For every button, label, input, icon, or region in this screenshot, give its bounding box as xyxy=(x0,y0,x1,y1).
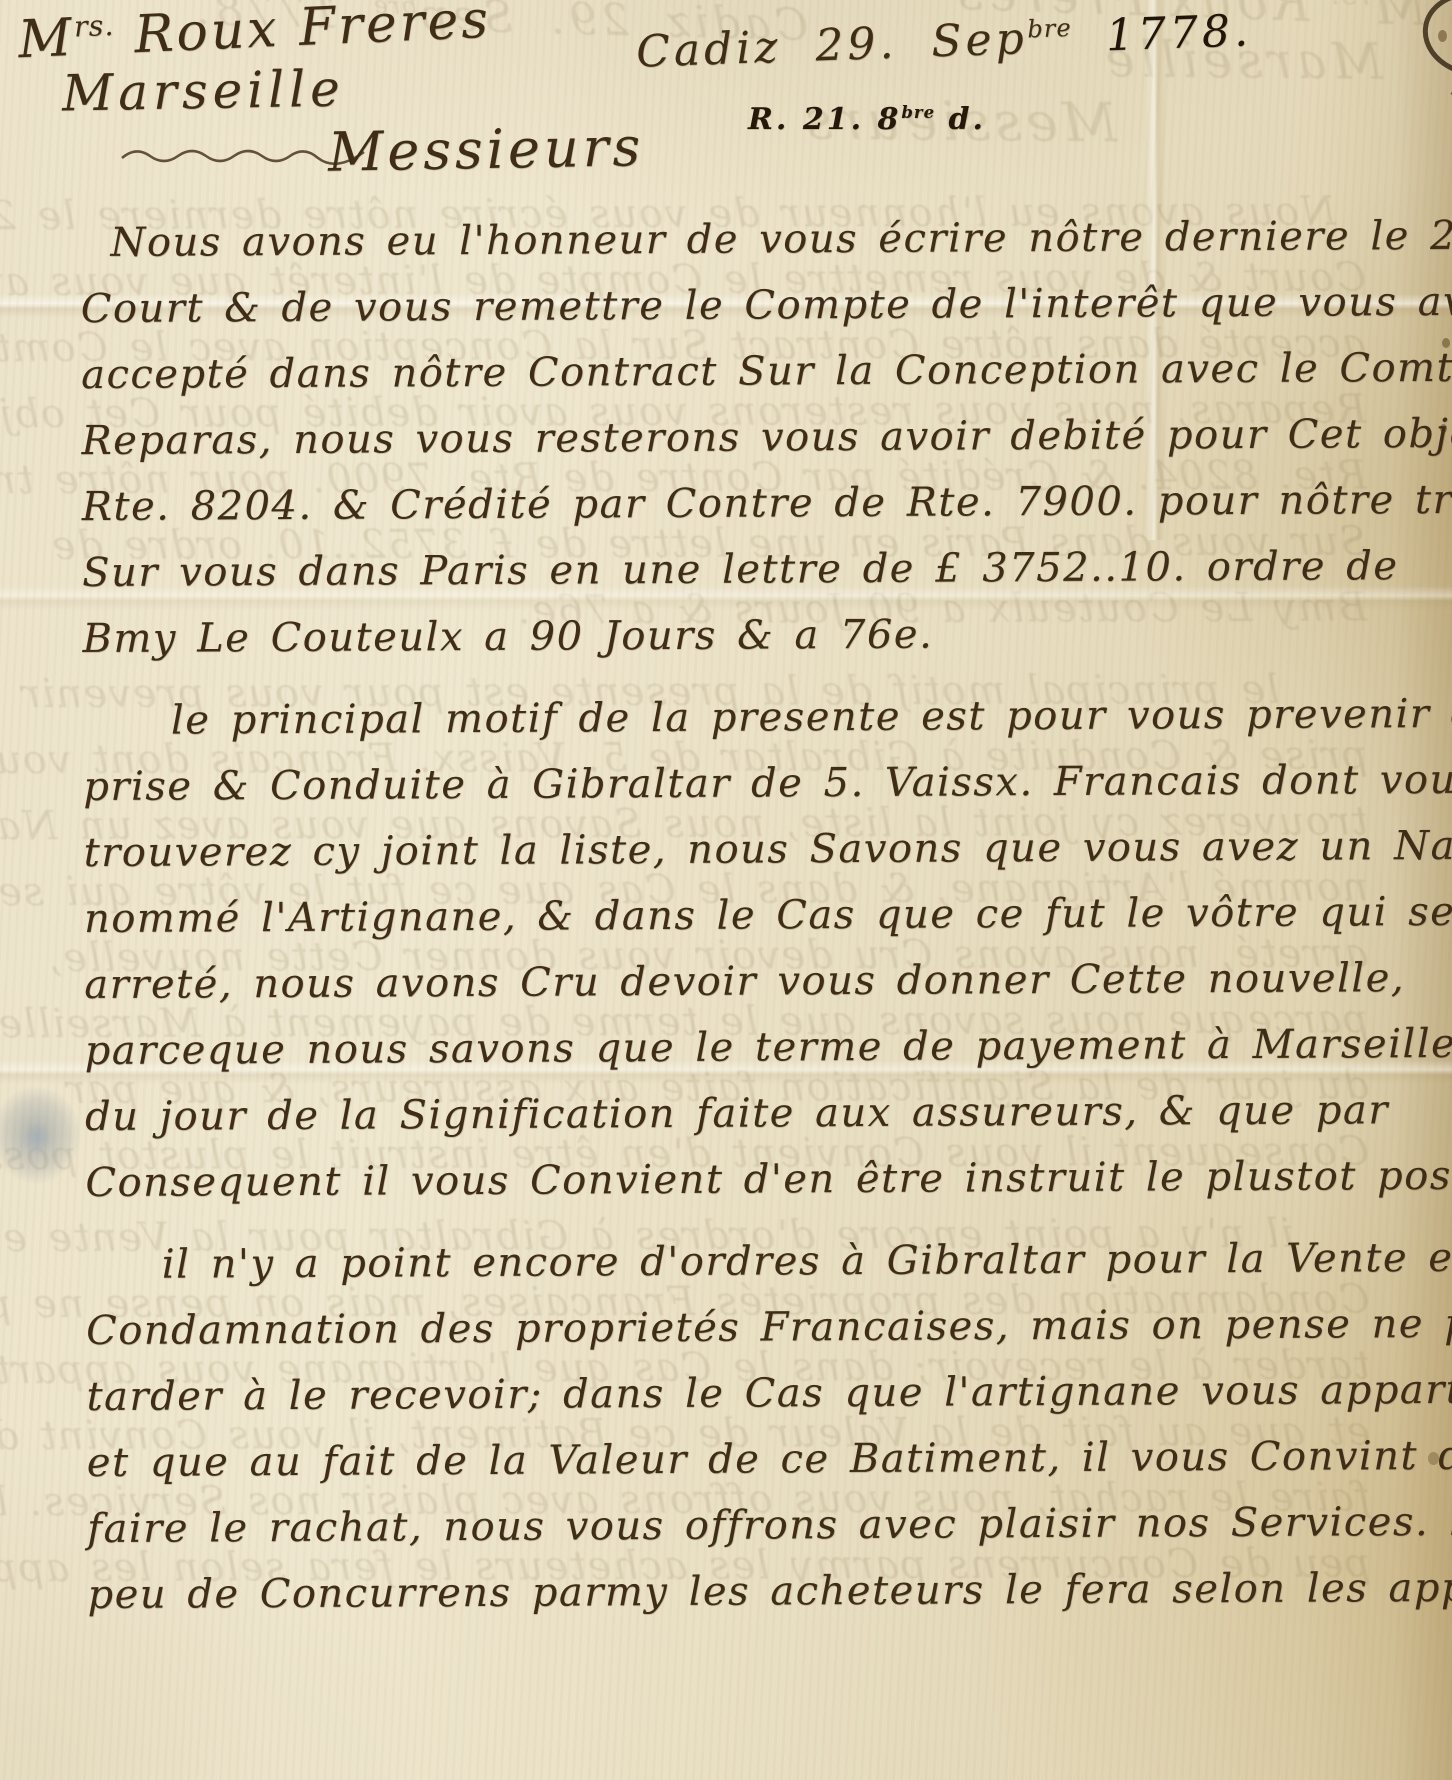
letter-page: Mrs. Roux Freres Marseille Cadiz 29. Sep… xyxy=(0,0,1452,1780)
paper-grain-texture xyxy=(0,0,1452,1780)
